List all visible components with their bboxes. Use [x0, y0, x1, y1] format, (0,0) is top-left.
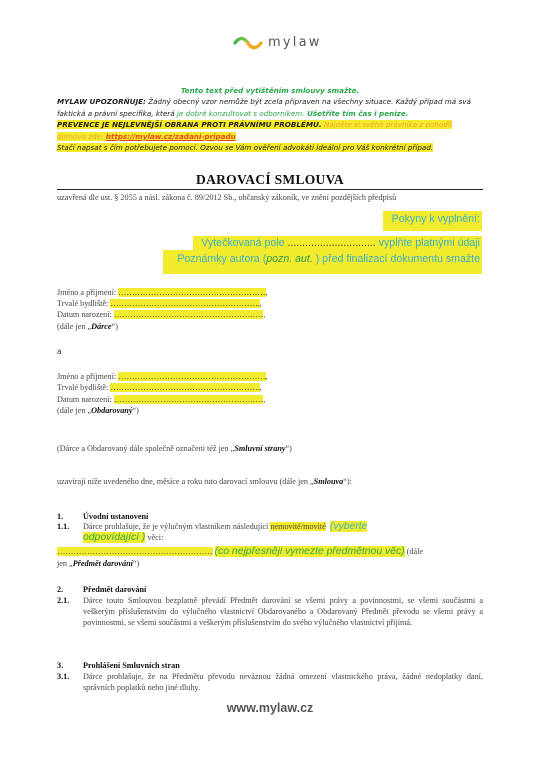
- document-title: DAROVACÍ SMLOUVA: [57, 172, 483, 188]
- donor-birth-field[interactable]: …………………………………………….…: [114, 310, 263, 319]
- mylaw-wave-logo-icon: [233, 34, 267, 52]
- instructions-heading: Pokyny k vyplnění:: [390, 212, 482, 226]
- parties-definition: (Dárce a Obdarovaný dále společně označe…: [57, 443, 292, 454]
- conjunction: a: [57, 347, 62, 356]
- recipient-alias: (dále jen „Obdarovaný“): [57, 405, 139, 416]
- recipient-name-field[interactable]: ………………………………………………: [118, 372, 265, 381]
- donor-name-field[interactable]: ………………………………………………: [118, 288, 265, 297]
- recipient-name-row: Jméno a příjmení: ………………………………………………,: [57, 371, 268, 382]
- delete-before-print-note: Tento text před vytištěním smlouvy smažt…: [57, 85, 483, 96]
- section-1-heading: 1.Úvodní ustanovení: [57, 512, 148, 521]
- recipient-birth-row: Datum narození: …………………………………………….…,: [57, 394, 265, 405]
- find-lawyer-link[interactable]: https://mylaw.cz/zadani-pripadu: [106, 132, 236, 141]
- section-3-1: 3.1. Dárce prohlašuje, že na Předmětu př…: [57, 671, 483, 693]
- gift-subject-field[interactable]: …………………………………………………: [57, 547, 213, 556]
- conclusion-sentence: uzavírají níže uvedeného dne, měsíce a r…: [57, 476, 352, 487]
- contact-paragraph: Stačí napsat s čím potřebujete pomoci. O…: [57, 142, 483, 153]
- author-note-select: (vyberte: [330, 521, 368, 532]
- gift-alias: jen „Předmět darování“): [57, 558, 139, 569]
- prevention-text: PREVENCE JE NEJLEVNĚJŠÍ OBRANA PROTI PRÁ…: [57, 120, 322, 129]
- title-divider: [57, 189, 483, 190]
- recipient-address-field[interactable]: ……………………………………………….: [110, 383, 259, 392]
- donor-address-row: Trvalé bydliště: ……………………………………………….,: [57, 298, 262, 309]
- instructions-line-2: Poznámky autora (pozn. aut. ) před final…: [175, 252, 482, 266]
- donor-address-field[interactable]: ……………………………………………….: [110, 299, 259, 308]
- prevention-paragraph: PREVENCE JE NEJLEVNĚJŠÍ OBRANA PROTI PRÁ…: [57, 119, 483, 142]
- recipient-address-row: Trvalé bydliště: ……………………………………………….,: [57, 382, 262, 393]
- section-1-1: 1.1. Dárce prohlašuje, že je výlučným vl…: [57, 521, 483, 543]
- recipient-birth-field[interactable]: …………………………………………….…: [114, 395, 263, 404]
- mylaw-notice: Tento text před vytištěním smlouvy smažt…: [57, 85, 483, 153]
- footer-website: www.mylaw.cz: [0, 701, 540, 715]
- warning-paragraph: MYLAW UPOZORŇUJE: Žádný obecný vzor nemů…: [57, 96, 483, 119]
- property-type-choice[interactable]: nemovité/movité: [270, 522, 325, 531]
- logo-text: mylaw: [268, 35, 322, 50]
- donor-birth-row: Datum narození: …………………………………………….…,: [57, 309, 265, 320]
- section-1-1-continuation: ………………………………………………… (co nejpřesněji vyme…: [57, 546, 423, 557]
- section-2-heading: 2.Předmět darování: [57, 585, 146, 594]
- donor-alias: (dále jen „Dárce“): [57, 321, 118, 332]
- donor-name-row: Jméno a příjmení: ………………………………………………,: [57, 287, 268, 298]
- document-subtitle: uzavřená dle ust. § 2055 a násl. zákona …: [57, 193, 396, 202]
- mylaw-logo: mylaw: [233, 33, 323, 53]
- section-3-heading: 3.Prohlášení Smluvních stran: [57, 661, 180, 670]
- author-note-specify: (co nejpřesněji vymezte předmětnou věc): [215, 546, 405, 557]
- section-2-1: 2.1. Dárce touto Smlouvou bezplatně přev…: [57, 595, 483, 629]
- warning-label: MYLAW UPOZORŇUJE:: [57, 97, 146, 106]
- instructions-line-1: Vytečkovaná pole .......................…: [199, 236, 482, 250]
